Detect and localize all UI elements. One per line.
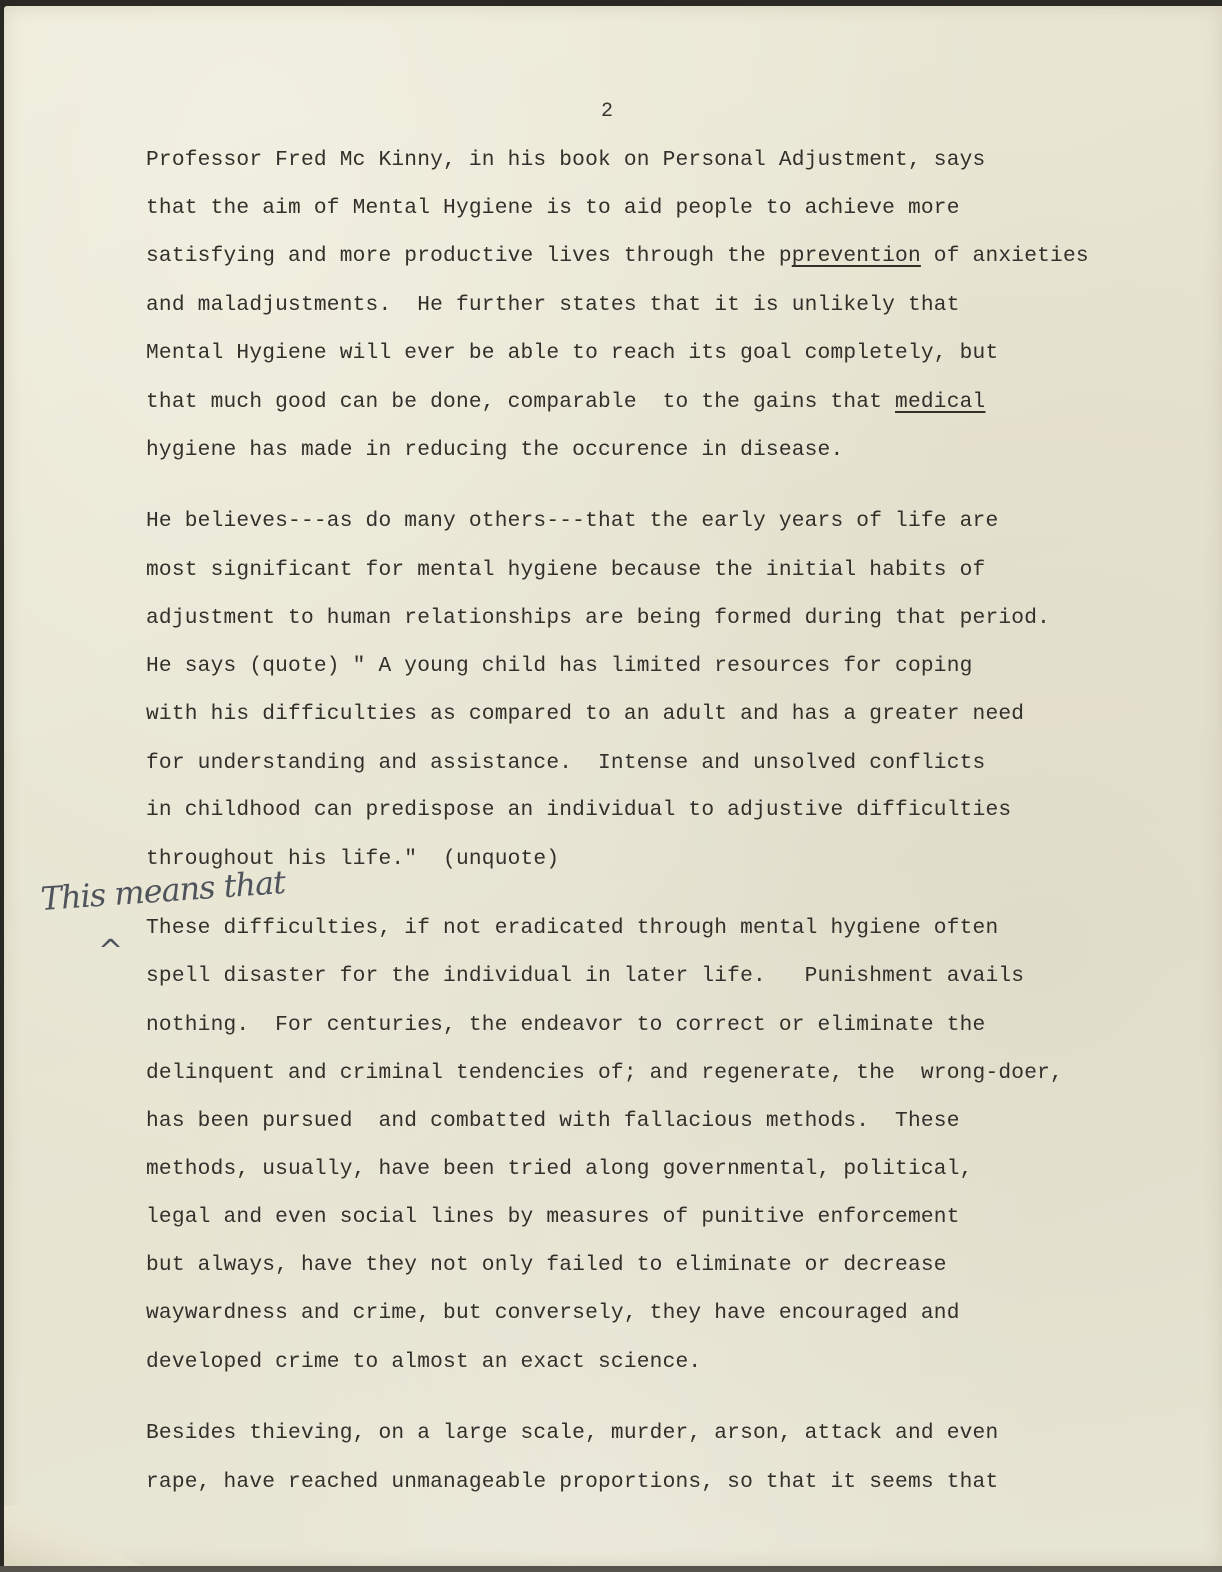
text-line: waywardness and crime, but conversely, t…: [146, 1301, 960, 1325]
text-line: developed crime to almost an exact scien…: [146, 1350, 701, 1374]
text-line-with-underline: that much good can be done, comparable t…: [146, 390, 985, 414]
text-line: delinquent and criminal tendencies of; a…: [146, 1061, 1063, 1085]
text-line: in childhood can predispose an individua…: [146, 798, 1011, 822]
text-line: has been pursued and combatted with fall…: [146, 1109, 960, 1133]
text-line: hygiene has made in reducing the occuren…: [146, 438, 843, 462]
scan-edge: [0, 1566, 1222, 1572]
underlined-word: medical: [895, 390, 985, 414]
text-line: Mental Hygiene will ever be able to reac…: [146, 341, 998, 365]
insertion-caret-icon: ^: [98, 934, 123, 969]
text-line: most significant for mental hygiene beca…: [146, 558, 985, 582]
text-segment: that much good can be done, comparable t…: [146, 390, 895, 414]
text-line-with-underline: satisfying and more productive lives thr…: [146, 244, 1089, 268]
text-line: but always, have they not only failed to…: [146, 1253, 947, 1277]
text-line: for understanding and assistance. Intens…: [146, 751, 985, 775]
text-line: spell disaster for the individual in lat…: [146, 964, 1024, 988]
page-number: 2: [601, 100, 613, 123]
text-line: methods, usually, have been tried along …: [146, 1157, 973, 1181]
text-line: and maladjustments. He further states th…: [146, 293, 960, 317]
text-line: Besides thieving, on a large scale, murd…: [146, 1421, 998, 1445]
underlined-word: prevention: [792, 244, 921, 268]
text-line: He believes---as do many others---that t…: [146, 509, 998, 533]
text-segment: of anxieties: [921, 244, 1089, 268]
document-page: [4, 6, 1222, 1566]
text-line: nothing. For centuries, the endeavor to …: [146, 1013, 985, 1037]
text-line: legal and even social lines by measures …: [146, 1205, 960, 1229]
text-line: He says (quote) " A young child has limi…: [146, 654, 973, 678]
text-segment: satisfying and more productive lives thr…: [146, 244, 792, 268]
text-line: that the aim of Mental Hygiene is to aid…: [146, 196, 960, 220]
text-line: with his difficulties as compared to an …: [146, 702, 1024, 726]
text-line: adjustment to human relationships are be…: [146, 606, 1050, 630]
text-line: rape, have reached unmanageable proporti…: [146, 1470, 998, 1494]
text-line: These difficulties, if not eradicated th…: [146, 916, 998, 940]
text-line: Professor Fred Mc Kinny, in his book on …: [146, 148, 985, 172]
